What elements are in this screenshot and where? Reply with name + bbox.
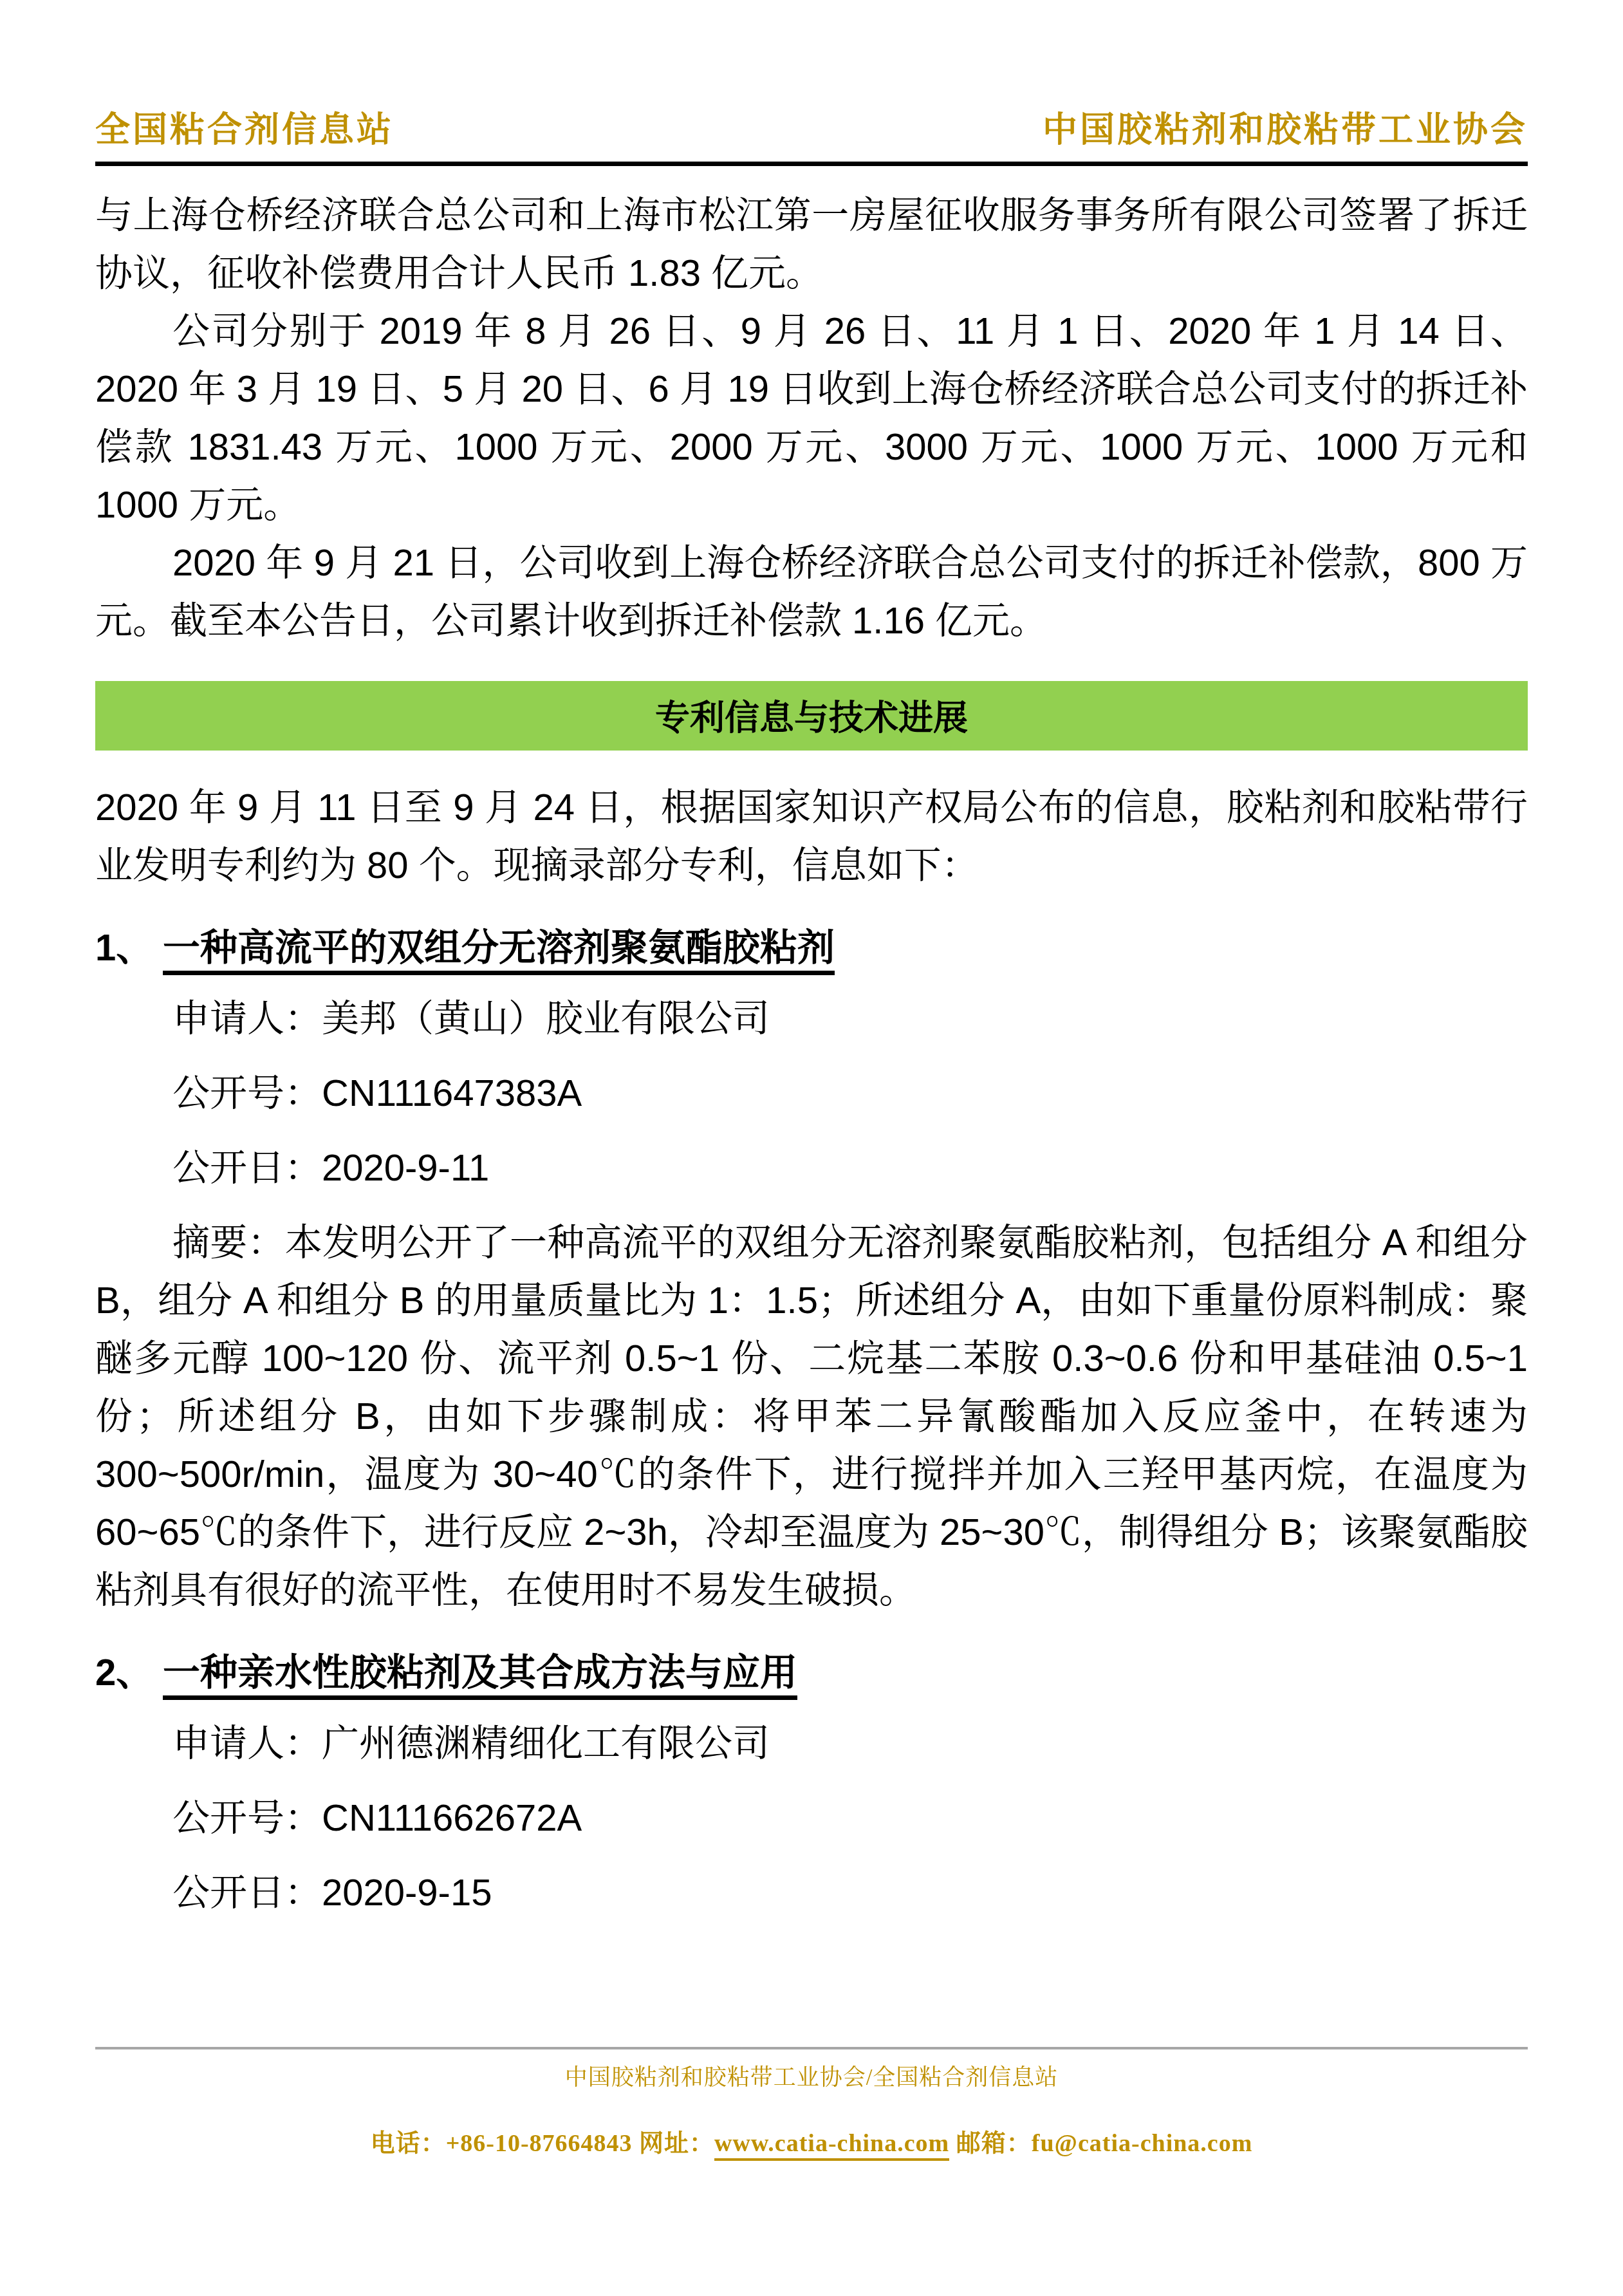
patent-1-title: 一种高流平的双组分无溶剂聚氨酯胶粘剂	[163, 927, 835, 975]
body-paragraph-compensation-agreement: 与上海仓桥经济联合总公司和上海市松江第一房屋征收服务事务所有限公司签署了拆迁协议…	[95, 187, 1528, 303]
footer-contact-prefix: 电话：+86-10-87664843 网址：	[371, 2130, 714, 2157]
footer-divider	[95, 2047, 1528, 2049]
patent-2-title: 一种亲水性胶粘剂及其合成方法与应用	[163, 1652, 797, 1700]
patent-1-publication-number-line: 公开号：CN111647383A	[95, 1065, 1528, 1123]
patent-1-pub-date-value: 2020-9-11	[322, 1147, 489, 1189]
patent-2-applicant-label: 申请人：	[172, 1722, 322, 1764]
patent-2-pub-no-label: 公开号：	[172, 1797, 322, 1839]
patent-2-publication-number-line: 公开号：CN111662672A	[95, 1789, 1528, 1847]
patent-1-publication-date-line: 公开日：2020-9-11	[95, 1139, 1528, 1197]
patent-1-pub-no-value: CN111647383A	[322, 1072, 582, 1114]
section-banner-title: 专利信息与技术进展	[655, 691, 968, 740]
header-divider	[95, 162, 1528, 166]
patent-1-pub-no-label: 公开号：	[172, 1072, 322, 1114]
website-link[interactable]: www.catia-china.com	[714, 2130, 949, 2161]
patent-1-applicant-label: 申请人：	[172, 998, 322, 1040]
page-footer: 中国胶粘剂和胶粘带工业协会/全国粘合剂信息站 电话：+86-10-8766484…	[95, 2047, 1528, 2158]
patent-2-pub-date-label: 公开日：	[172, 1872, 322, 1914]
patent-1-applicant-line: 申请人：美邦（黄山）胶业有限公司	[95, 990, 1528, 1048]
patent-2-pub-no-value: CN111662672A	[322, 1797, 582, 1839]
footer-org-line: 中国胶粘剂和胶粘带工业协会/全国粘合剂信息站	[95, 2060, 1528, 2092]
patent-2-publication-date-line: 公开日：2020-9-15	[95, 1864, 1528, 1922]
body-paragraph-patent-intro: 2020 年 9 月 11 日至 9 月 24 日，根据国家知识产权局公布的信息…	[95, 779, 1528, 895]
patent-1-applicant-value: 美邦（黄山）胶业有限公司	[322, 998, 770, 1040]
patent-2-heading: 2、一种亲水性胶粘剂及其合成方法与应用	[95, 1644, 1528, 1702]
patent-1-abstract-text: 本发明公开了一种高流平的双组分无溶剂聚氨酯胶粘剂，包括组分 A 和组分 B，组分…	[95, 1222, 1528, 1611]
patent-1-abstract: 摘要：本发明公开了一种高流平的双组分无溶剂聚氨酯胶粘剂，包括组分 A 和组分 B…	[95, 1214, 1528, 1619]
patent-1-heading: 1、一种高流平的双组分无溶剂聚氨酯胶粘剂	[95, 919, 1528, 977]
body-paragraph-payment-dates: 公司分别于 2019 年 8 月 26 日、9 月 26 日、11 月 1 日、…	[95, 303, 1528, 534]
patent-2-number: 2、	[95, 1644, 163, 1702]
patent-1-pub-date-label: 公开日：	[172, 1147, 322, 1189]
patent-2-applicant-line: 申请人：广州德渊精细化工有限公司	[95, 1715, 1528, 1773]
patent-1-number: 1、	[95, 919, 163, 977]
patent-1-abstract-label: 摘要：	[172, 1222, 285, 1264]
masthead-site-name: 全国粘合剂信息站	[95, 109, 394, 151]
patent-entry-1: 1、一种高流平的双组分无溶剂聚氨酯胶粘剂 申请人：美邦（黄山）胶业有限公司 公开…	[95, 919, 1528, 1619]
newsletter-page: 全国粘合剂信息站 中国胶粘剂和胶粘带工业协会 与上海仓桥经济联合总公司和上海市松…	[0, 0, 1623, 2296]
patent-2-applicant-value: 广州德渊精细化工有限公司	[322, 1722, 770, 1764]
masthead: 全国粘合剂信息站 中国胶粘剂和胶粘带工业协会	[95, 0, 1528, 166]
patent-2-pub-date-value: 2020-9-15	[322, 1872, 492, 1914]
page-body: 与上海仓桥经济联合总公司和上海市松江第一房屋征收服务事务所有限公司签署了拆迁协议…	[95, 187, 1528, 1922]
section-banner: 专利信息与技术进展	[95, 681, 1528, 751]
masthead-association-name: 中国胶粘剂和胶粘带工业协会	[1043, 109, 1528, 151]
footer-contact-suffix: 邮箱：fu@catia-china.com	[949, 2130, 1252, 2157]
body-paragraph-cumulative-compensation: 2020 年 9 月 21 日，公司收到上海仓桥经济联合总公司支付的拆迁补偿款，…	[95, 534, 1528, 650]
footer-contact-line: 电话：+86-10-87664843 网址：www.catia-china.co…	[95, 2123, 1528, 2158]
patent-entry-2: 2、一种亲水性胶粘剂及其合成方法与应用 申请人：广州德渊精细化工有限公司 公开号…	[95, 1644, 1528, 1922]
